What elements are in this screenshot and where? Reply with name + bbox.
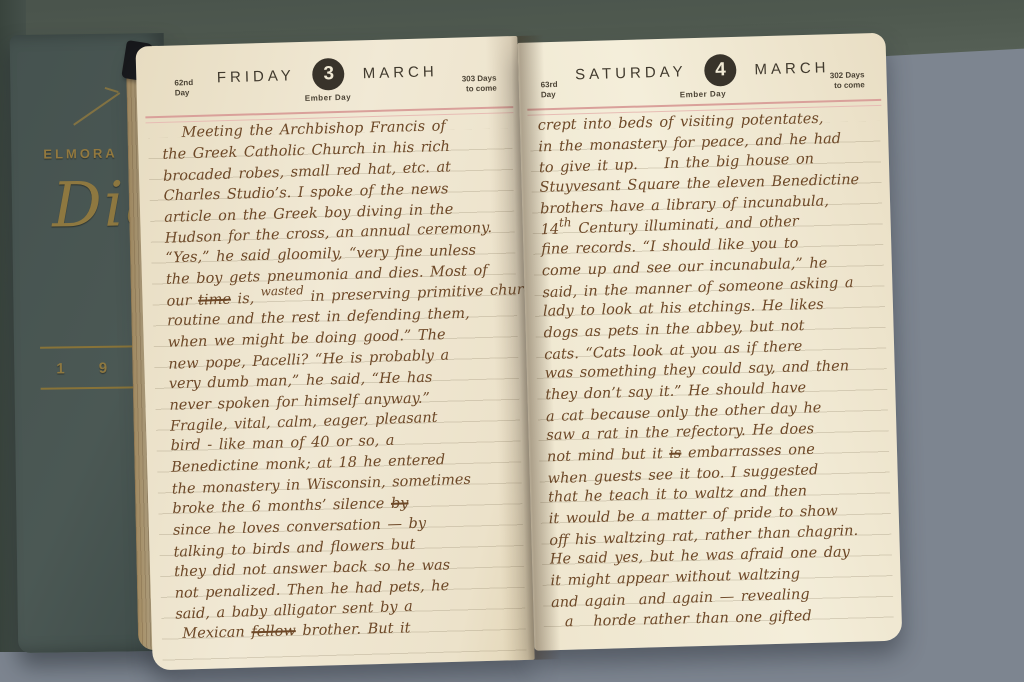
day-count: 63rd bbox=[541, 80, 558, 90]
left-page: 62nd Day FRIDAY 3 MARCH Ember Day 303 Da… bbox=[135, 36, 534, 670]
date-circle: 4 bbox=[704, 54, 737, 87]
weekday-label: SATURDAY bbox=[575, 63, 687, 83]
diary-entry-left: Meeting the Archbishop Francis ofthe Gre… bbox=[162, 114, 524, 646]
day-word: Day bbox=[175, 88, 194, 99]
weekday-label: FRIDAY bbox=[217, 67, 295, 86]
days-to-come-label: 302 Days to come bbox=[830, 70, 865, 91]
cover-brand: ELMORA bbox=[43, 146, 118, 162]
open-spread: 62nd Day FRIDAY 3 MARCH Ember Day 303 Da… bbox=[135, 26, 904, 671]
right-page: 63rd Day SATURDAY 4 MARCH Ember Day 302 … bbox=[517, 33, 902, 651]
month-label: MARCH bbox=[754, 59, 829, 78]
day-count-label: 62nd Day bbox=[174, 78, 193, 99]
days-remaining-2: to come bbox=[462, 84, 497, 95]
diary-entry-right: crept into beds of visiting potentates,i… bbox=[538, 107, 892, 633]
date-circle: 3 bbox=[312, 58, 345, 91]
day-count-label: 63rd Day bbox=[541, 80, 558, 100]
diary-book: ELMORA Dia 1 9 4 62nd Day FRIDAY 3 MARCH… bbox=[8, 28, 898, 672]
day-word: Day bbox=[541, 90, 558, 100]
days-to-come-label: 303 Days to come bbox=[462, 74, 497, 95]
quill-ornament-icon bbox=[73, 92, 120, 126]
month-label: MARCH bbox=[362, 63, 437, 82]
day-count: 62nd bbox=[174, 78, 193, 89]
days-remaining-2: to come bbox=[830, 80, 865, 91]
